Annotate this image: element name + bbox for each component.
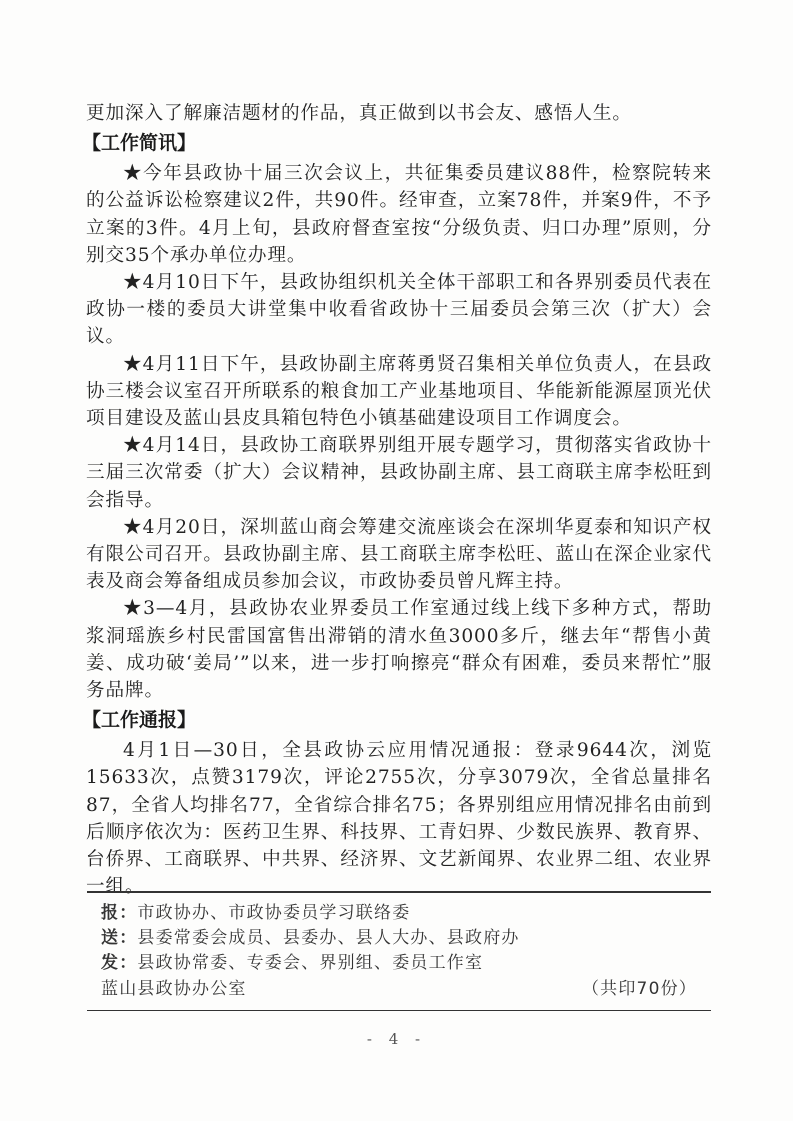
brief-item: ★4月14日，县政协工商联界别组开展专题学习，贯彻落实省政协十三届三次常委（扩大… xyxy=(86,432,712,514)
continuation-paragraph: 更加深入了解廉洁题材的作品，真正做到以书会友、感悟人生。 xyxy=(86,100,712,127)
issuing-office: 蓝山县政协办公室 xyxy=(101,977,247,1002)
issue-label: 发： xyxy=(101,953,137,973)
brief-item: ★4月11日下午，县政协副主席蒋勇贤召集相关单位负责人，在县政协三楼会议室召开所… xyxy=(86,351,712,433)
document-body: 更加深入了解廉洁题材的作品，真正做到以书会友、感悟人生。 【工作简讯】 ★今年县… xyxy=(86,100,712,900)
report-to-value: 市政协办、市政协委员学习联络委 xyxy=(137,903,410,923)
copy-count: （共印70份） xyxy=(582,977,697,1002)
brief-item: ★4月10日下午，县政协组织机关全体干部职工和各界别委员代表在政协一楼的委员大讲… xyxy=(86,269,712,351)
report-to-line: 报：市政协办、市政协委员学习联络委 xyxy=(101,901,711,926)
brief-item: ★3—4月，县政协农业界委员工作室通过线上线下多种方式，帮助浆洞瑶族乡村民雷国富… xyxy=(86,595,712,704)
brief-item: ★今年县政协十届三次会议上，共征集委员建议88件，检察院转来的公益诉讼检察建议2… xyxy=(86,160,712,269)
issue-to-line: 发：县政协常委、专委会、界别组、委员工作室 xyxy=(101,951,711,976)
issuer-row: 蓝山县政协办公室 （共印70份） xyxy=(101,977,711,1002)
report-label: 报： xyxy=(101,903,137,923)
send-to-line: 送：县委常委会成员、县委办、县人大办、县政府办 xyxy=(101,926,711,951)
section-heading-report: 【工作通报】 xyxy=(82,705,712,735)
send-to-value: 县委常委会成员、县委办、县人大办、县政府办 xyxy=(137,928,519,948)
report-item: 4月1日—30日，全县政协云应用情况通报：登录9644次，浏览15633次，点赞… xyxy=(86,737,712,900)
bottom-divider xyxy=(87,1010,711,1012)
brief-item: ★4月20日，深圳蓝山商会筹建交流座谈会在深圳华夏泰和知识产权有限公司召开。县政… xyxy=(86,514,712,596)
send-label: 送： xyxy=(101,928,137,948)
page-number: - 4 - xyxy=(0,1030,793,1048)
issue-to-value: 县政协常委、专委会、界别组、委员工作室 xyxy=(137,953,483,973)
section-heading-briefs: 【工作简讯】 xyxy=(82,128,712,158)
distribution-block: 报：市政协办、市政协委员学习联络委 送：县委常委会成员、县委办、县人大办、县政府… xyxy=(87,891,711,1011)
